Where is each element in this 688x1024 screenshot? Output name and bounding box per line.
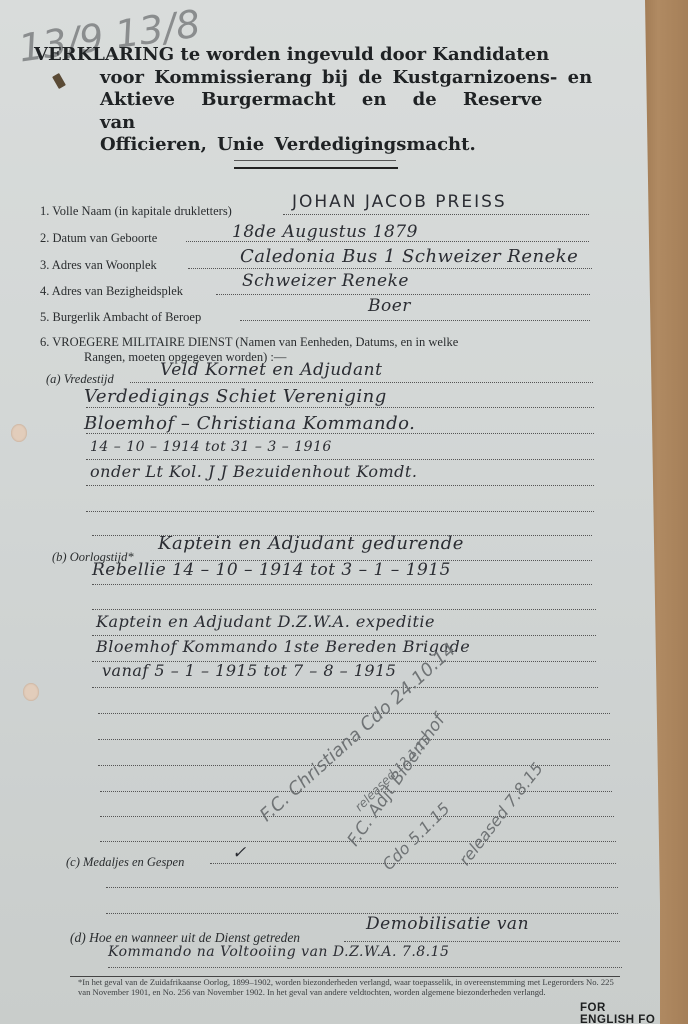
wartime-line-1: Kaptein en Adjudant gedurende bbox=[158, 533, 464, 554]
fill-line bbox=[344, 940, 620, 942]
field-value-occupation: Boer bbox=[368, 296, 411, 316]
fill-line bbox=[100, 790, 612, 792]
field-label: 3. Adres van Woonplek bbox=[40, 258, 157, 273]
pencil-note-5: released 7.8.15 bbox=[455, 759, 547, 869]
fill-line bbox=[108, 966, 622, 968]
fill-line bbox=[216, 293, 590, 295]
title-line-4: Officieren, Unie Verdedigingsmacht. bbox=[34, 134, 594, 157]
fill-line bbox=[86, 484, 594, 486]
discharge-line-1: Demobilisatie van bbox=[366, 914, 529, 934]
english-form-note: FOR ENGLISH FO bbox=[580, 1002, 660, 1024]
fill-line bbox=[188, 267, 592, 269]
wartime-line-2: Rebellie 14 – 10 – 1914 tot 3 – 1 – 1915 bbox=[92, 560, 451, 580]
peacetime-line-3: Bloemhof – Christiana Kommando. bbox=[84, 413, 415, 434]
fill-line bbox=[106, 912, 618, 914]
field-value-name: JOHAN JACOB PREISS bbox=[292, 192, 507, 212]
field-label: 5. Burgerlik Ambacht of Beroep bbox=[40, 310, 201, 325]
punch-hole-top bbox=[11, 424, 27, 442]
fill-line bbox=[92, 608, 596, 610]
field-label: 1. Volle Naam (in kapitale drukletters) bbox=[40, 204, 232, 219]
fill-line bbox=[240, 319, 590, 321]
title-divider-thick bbox=[234, 167, 398, 169]
field-label: 4. Adres van Bezigheidsplek bbox=[40, 284, 183, 299]
title-line-2: voor Kommissierang bij de Kustgarnizoens… bbox=[34, 67, 594, 90]
discharge-line-2: Kommando na Voltooiing van D.Z.W.A. 7.8.… bbox=[108, 944, 449, 960]
field-value-business: Schweizer Reneke bbox=[242, 271, 409, 291]
fill-line bbox=[106, 886, 618, 888]
peacetime-label: (a) Vredestijd bbox=[46, 372, 114, 387]
field-residence-address: 3. Adres van Woonplek bbox=[40, 258, 157, 273]
peacetime-line-2: Verdedigings Schiet Vereniging bbox=[84, 386, 387, 407]
fill-line bbox=[283, 213, 589, 215]
fill-line bbox=[86, 458, 594, 460]
fill-line bbox=[86, 510, 594, 512]
wartime-line-5: Bloemhof Kommando 1ste Bereden Brigade bbox=[96, 637, 470, 656]
title-divider-thin bbox=[234, 160, 396, 161]
field-value-birth-date: 18de Augustus 1879 bbox=[232, 222, 418, 242]
field-business-address: 4. Adres van Bezigheidsplek bbox=[40, 284, 183, 299]
fill-line bbox=[130, 381, 593, 383]
title-line-3: Aktieve Burgermacht en de Reserve van bbox=[34, 89, 594, 134]
peacetime-line-5: onder Lt Kol. J J Bezuidenhout Komdt. bbox=[90, 462, 417, 481]
peacetime-line-4: 14 – 10 – 1914 tot 31 – 3 – 1916 bbox=[90, 439, 332, 455]
field-value-residence: Caledonia Bus 1 Schweizer Reneke bbox=[240, 246, 578, 267]
peacetime-line-1: Veld Kornet en Adjudant bbox=[160, 360, 382, 380]
form-title: VERKLARING te worden ingevuld door Kandi… bbox=[34, 44, 594, 157]
fill-line bbox=[92, 583, 592, 585]
field-label: 2. Datum van Geboorte bbox=[40, 231, 157, 246]
wartime-line-6: vanaf 5 – 1 – 1915 tot 7 – 8 – 1915 bbox=[102, 661, 396, 680]
field-birth-date: 2. Datum van Geboorte bbox=[40, 231, 157, 246]
fill-line bbox=[100, 815, 614, 817]
field-occupation: 5. Burgerlik Ambacht of Beroep bbox=[40, 310, 201, 325]
punch-hole-bottom bbox=[23, 683, 39, 701]
field-full-name: 1. Volle Naam (in kapitale drukletters) bbox=[40, 204, 232, 219]
fill-line bbox=[98, 712, 610, 714]
title-line-1: VERKLARING te worden ingevuld door Kandi… bbox=[34, 44, 594, 67]
fill-line bbox=[92, 634, 596, 636]
wartime-line-4: Kaptein en Adjudant D.Z.W.A. expeditie bbox=[96, 612, 435, 631]
form-paper: 13/9 13/8 VERKLARING te worden ingevuld … bbox=[0, 0, 660, 1024]
fill-line bbox=[92, 686, 598, 688]
section-6-heading: 6. VROEGERE MILITAIRE DIENST (Namen van … bbox=[40, 335, 458, 350]
medals-label: (c) Medaljes en Gespen bbox=[66, 855, 184, 870]
footnote: *In het geval van de Zuidafrikaanse Oorl… bbox=[78, 977, 618, 997]
medals-value: ✓ bbox=[232, 843, 247, 863]
fill-line bbox=[210, 862, 616, 864]
